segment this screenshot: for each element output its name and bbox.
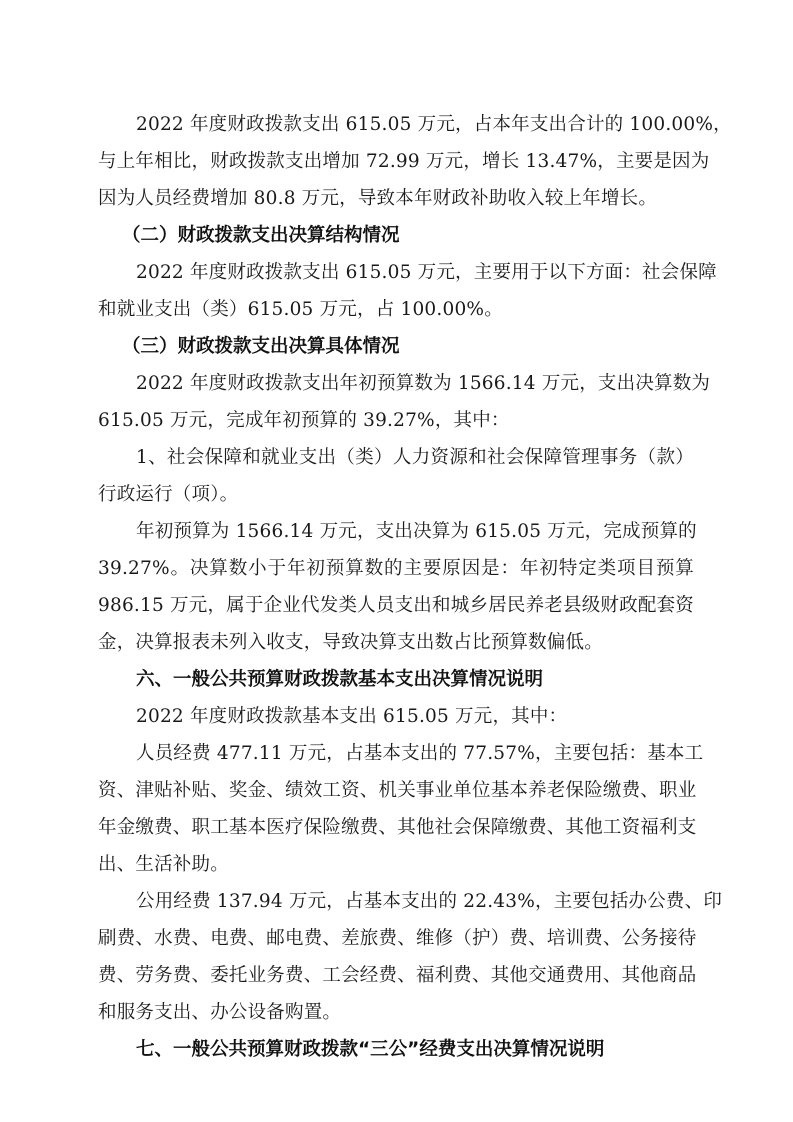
paragraph-line: 公用经费 137.94 万元，占基本支出的 22.43%，主要包括办公费、印: [136, 889, 694, 915]
section-heading: 六、一般公共预算财政拨款基本支出决算情况说明: [136, 667, 543, 693]
paragraph-line: 2022 年度财政拨款支出 615.05 万元，占本年支出合计的 100.00%…: [136, 112, 694, 138]
paragraph-line: 因为人员经费增加 80.8 万元，导致本年财政补助收入较上年增长。: [98, 186, 694, 212]
paragraph-line: 年金缴费、职工基本医疗保险缴费、其他社会保障缴费、其他工资福利支: [98, 815, 694, 841]
paragraph-line: 刷费、水费、电费、邮电费、差旅费、维修（护）费、培训费、公务接待: [98, 926, 694, 952]
paragraph-line: 1、社会保障和就业支出（类）人力资源和社会保障管理事务（款）: [136, 445, 694, 471]
paragraph-line: 行政运行（项）。: [98, 482, 694, 508]
paragraph-line: 出、生活补助。: [98, 852, 694, 878]
paragraph-line: 费、劳务费、委托业务费、工会经费、福利费、其他交通费用、其他商品: [98, 963, 694, 989]
paragraph-line: 资、津贴补贴、奖金、绩效工资、机关事业单位基本养老保险缴费、职业: [98, 778, 694, 804]
paragraph-line: 39.27%。决算数小于年初预算数的主要原因是：年初特定类项目预算: [98, 556, 694, 582]
paragraph-line: 2022 年度财政拨款基本支出 615.05 万元，其中：: [136, 704, 694, 730]
paragraph-line: 人员经费 477.11 万元，占基本支出的 77.57%，主要包括：基本工: [136, 741, 694, 767]
document-page: 2022 年度财政拨款支出 615.05 万元，占本年支出合计的 100.00%…: [0, 0, 793, 1122]
paragraph-line: 年初预算为 1566.14 万元，支出决算为 615.05 万元，完成预算的: [136, 519, 694, 545]
section-heading: （三）财政拨款支出决算具体情况: [122, 334, 400, 360]
paragraph-line: 金，决算报表未列入收支，导致决算支出数占比预算数偏低。: [98, 630, 694, 656]
paragraph-line: 和就业支出（类）615.05 万元，占 100.00%。: [98, 297, 694, 323]
paragraph-line: 986.15 万元，属于企业代发类人员支出和城乡居民养老县级财政配套资: [98, 593, 694, 619]
paragraph-line: 与上年相比，财政拨款支出增加 72.99 万元，增长 13.47%，主要是因为: [98, 149, 694, 175]
section-heading: （二）财政拨款支出决算结构情况: [122, 223, 400, 249]
section-heading: 七、一般公共预算财政拨款“三公”经费支出决算情况说明: [136, 1037, 604, 1063]
paragraph-line: 2022 年度财政拨款支出 615.05 万元，主要用于以下方面：社会保障: [136, 260, 694, 286]
paragraph-line: 2022 年度财政拨款支出年初预算数为 1566.14 万元，支出决算数为: [136, 371, 694, 397]
paragraph-line: 615.05 万元，完成年初预算的 39.27%，其中：: [98, 408, 694, 434]
paragraph-line: 和服务支出、办公设备购置。: [98, 1000, 694, 1026]
